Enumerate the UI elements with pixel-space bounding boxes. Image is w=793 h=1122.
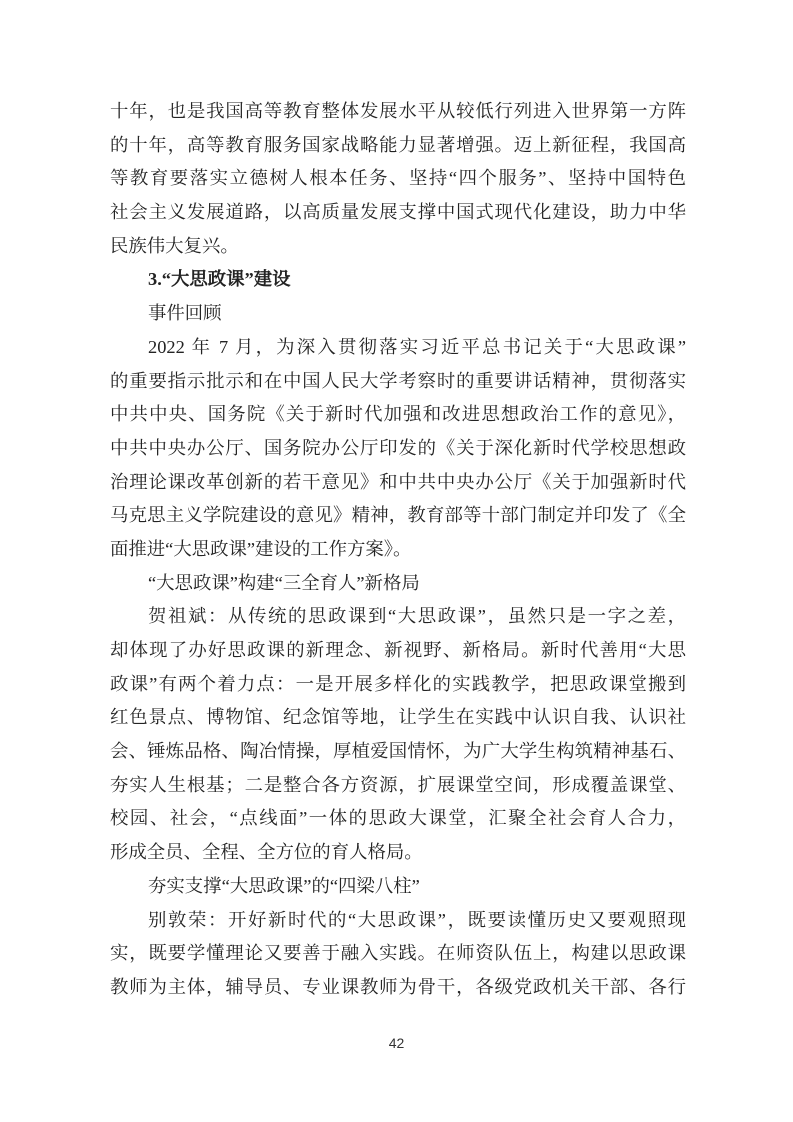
paragraph-line: 2022 年 7 月，为深入贯彻落实习近平总书记关于“大思政课” [110, 331, 686, 365]
paragraph-line: 民族伟大复兴。 [110, 230, 686, 264]
paragraph-line: 政课”有两个着力点：一是开展多样化的实践教学，把思政课堂搬到 [110, 668, 686, 702]
paragraph-line: 中共中央办公厅、国务院办公厅印发的《关于深化新时代学校思想政 [110, 432, 686, 466]
document-content: 十年，也是我国高等教育整体发展水平从较低行列进入世界第一方阵的十年，高等教育服务… [110, 95, 686, 1005]
paragraph-line: 的重要指示批示和在中国人民大学考察时的重要讲话精神，贯彻落实 [110, 365, 686, 399]
paragraph-line: 实，既要学懂理论又要善于融入实践。在师资队伍上，构建以思政课 [110, 937, 686, 971]
paragraph-line: 别敦荣：开好新时代的“大思政课”，既要读懂历史又要观照现 [110, 904, 686, 938]
paragraph-line: 社会主义发展道路，以高质量发展支撑中国式现代化建设，助力中华 [110, 196, 686, 230]
paragraph-line: 等教育要落实立德树人根本任务、坚持“四个服务”、坚持中国特色 [110, 162, 686, 196]
paragraph-line: 面推进“大思政课”建设的工作方案》。 [110, 533, 686, 567]
section-heading-line: 3.“大思政课”建设 [110, 263, 686, 297]
paragraph-line: 的十年，高等教育服务国家战略能力显著增强。迈上新征程，我国高 [110, 129, 686, 163]
paragraph-line: 教师为主体，辅导员、专业课教师为骨干，各级党政机关干部、各行 [110, 971, 686, 1005]
paragraph-line: 形成全员、全程、全方位的育人格局。 [110, 836, 686, 870]
page-number: 42 [0, 1035, 793, 1051]
paragraph-line: 夯实人生根基；二是整合各方资源，扩展课堂空间，形成覆盖课堂、 [110, 769, 686, 803]
paragraph-line: 却体现了办好思政课的新理念、新视野、新格局。新时代善用“大思 [110, 634, 686, 668]
paragraph-line: 十年，也是我国高等教育整体发展水平从较低行列进入世界第一方阵 [110, 95, 686, 129]
paragraph-line: 贺祖斌：从传统的思政课到“大思政课”，虽然只是一字之差， [110, 600, 686, 634]
paragraph-line: 校园、社会，“点线面”一体的思政大课堂，汇聚全社会育人合力， [110, 802, 686, 836]
subsection-heading-line: 事件回顾 [110, 297, 686, 331]
subsection-heading-line: “大思政课”构建“三全育人”新格局 [110, 567, 686, 601]
paragraph-line: 马克思主义学院建设的意见》精神，教育部等十部门制定并印发了《全 [110, 499, 686, 533]
paragraph-line: 红色景点、博物馆、纪念馆等地，让学生在实践中认识自我、认识社 [110, 701, 686, 735]
subsection-heading-line: 夯实支撑“大思政课”的“四梁八柱” [110, 870, 686, 904]
paragraph-line: 会、锤炼品格、陶冶情操，厚植爱国情怀，为广大学生构筑精神基石、 [110, 735, 686, 769]
paragraph-line: 治理论课改革创新的若干意见》和中共中央办公厅《关于加强新时代 [110, 466, 686, 500]
paragraph-line: 中共中央、国务院《关于新时代加强和改进思想政治工作的意见》， [110, 398, 686, 432]
document-page: 十年，也是我国高等教育整体发展水平从较低行列进入世界第一方阵的十年，高等教育服务… [0, 0, 793, 1122]
